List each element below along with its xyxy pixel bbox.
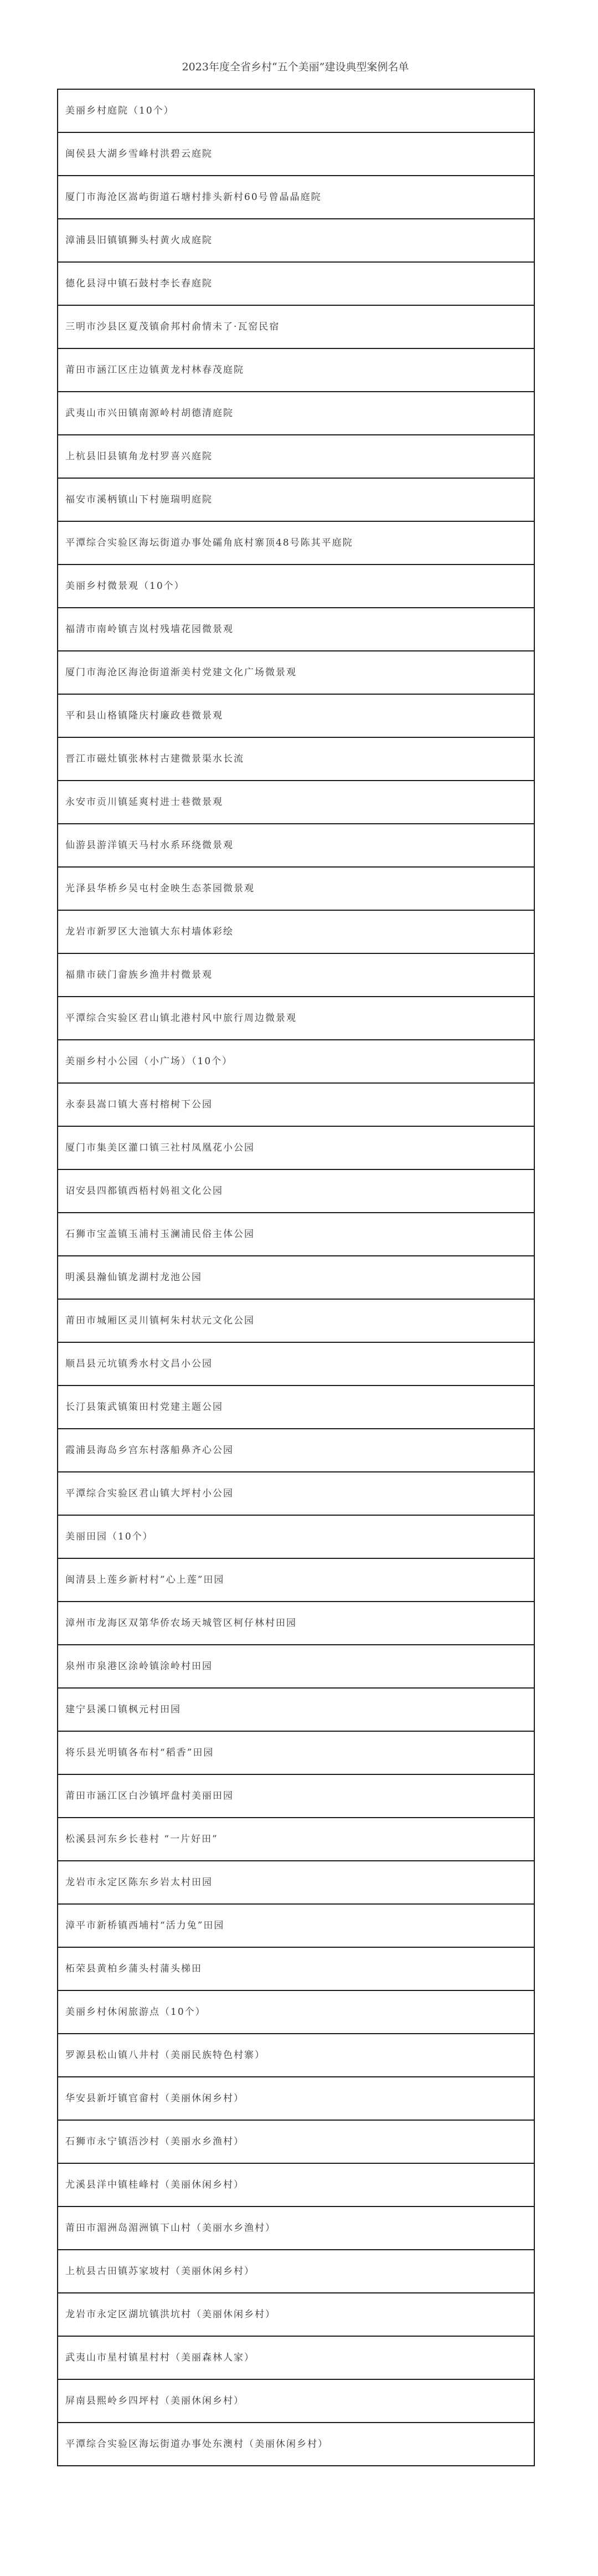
table-row: 莆田市湄洲岛湄洲镇下山村（美丽水乡渔村） [58,2206,534,2250]
case-item: 顺昌县元坑镇秀水村文昌小公园 [58,1342,534,1386]
case-item: 福安市溪柄镇山下村施瑞明庭院 [58,478,534,521]
table-row: 厦门市集美区灌口镇三社村凤凰花小公园 [58,1126,534,1169]
case-item: 尤溪县洋中镇桂峰村（美丽休闲乡村） [58,2163,534,2206]
case-item: 莆田市湄洲岛湄洲镇下山村（美丽水乡渔村） [58,2206,534,2250]
table-row: 厦门市海沧区嵩屿街道石塘村排头新村60号曾晶晶庭院 [58,176,534,219]
case-item: 泉州市泉港区涂岭镇涂岭村田园 [58,1645,534,1688]
case-item: 漳浦县旧镇镇狮头村黄火成庭院 [58,219,534,262]
table-row: 漳平市新桥镇西埔村“活力兔”田园 [58,1904,534,1947]
table-row: 霞浦县海岛乡宫东村落船鼻齐心公园 [58,1429,534,1472]
table-row: 平潭综合实验区君山镇北港村风中旅行周边微景观 [58,997,534,1040]
table-row: 三明市沙县区夏茂镇俞邦村俞情未了·瓦窑民宿 [58,305,534,348]
table-row: 武夷山市星村镇星村村（美丽森林人家） [58,2336,534,2379]
case-item: 平潭综合实验区君山镇北港村风中旅行周边微景观 [58,997,534,1040]
table-row: 松溪县河东乡长巷村 “一片好田” [58,1818,534,1861]
table-row: 石狮市永宁镇浯沙村（美丽水乡渔村） [58,2120,534,2163]
table-row: 平潭综合实验区君山镇大坪村小公园 [58,1472,534,1515]
table-row: 晋江市磁灶镇张林村古建微景渠水长流 [58,737,534,781]
case-item: 漳平市新桥镇西埔村“活力兔”田园 [58,1904,534,1947]
case-item: 仙游县游洋镇天马村水系环绕微景观 [58,824,534,867]
case-item: 福清市南岭镇吉岚村残墙花园微景观 [58,608,534,651]
table-row: 福安市溪柄镇山下村施瑞明庭院 [58,478,534,521]
table-row: 光泽县华桥乡吴屯村金映生态茶园微景观 [58,867,534,910]
table-row: 诏安县四都镇西梧村妈祖文化公园 [58,1169,534,1213]
case-item: 平潭综合实验区君山镇大坪村小公园 [58,1472,534,1515]
table-row: 永泰县嵩口镇大喜村榕树下公园 [58,1083,534,1126]
table-row: 永安市贡川镇延爽村进士巷微景观 [58,781,534,824]
case-item: 罗源县松山镇八井村（美丽民族特色村寨） [58,2034,534,2077]
section-heading: 美丽乡村小公园（小广场）（10个） [58,1040,534,1083]
case-item: 明溪县瀚仙镇龙湖村龙池公园 [58,1256,534,1299]
table-row: 上杭县古田镇苏家坡村（美丽休闲乡村） [58,2250,534,2293]
table-row: 华安县新圩镇官畲村（美丽休闲乡村） [58,2077,534,2120]
case-item: 石狮市永宁镇浯沙村（美丽水乡渔村） [58,2120,534,2163]
case-item: 永安市贡川镇延爽村进士巷微景观 [58,781,534,824]
case-item: 三明市沙县区夏茂镇俞邦村俞情未了·瓦窑民宿 [58,305,534,348]
table-row: 德化县浔中镇石鼓村李长春庭院 [58,262,534,305]
case-item: 平潭综合实验区海坛街道办事处礵角底村寨顶48号陈其平庭院 [58,521,534,565]
table-row: 罗源县松山镇八井村（美丽民族特色村寨） [58,2034,534,2077]
case-item: 平和县山格镇隆庆村廉政巷微景观 [58,694,534,737]
case-item: 平潭综合实验区海坛街道办事处东澳村（美丽休闲乡村） [58,2423,534,2466]
case-item: 厦门市集美区灌口镇三社村凤凰花小公园 [58,1126,534,1169]
table-row: 石狮市宝盖镇玉浦村玉澜浦民俗主体公园 [58,1213,534,1256]
case-item: 武夷山市兴田镇南源岭村胡德清庭院 [58,392,534,435]
table-row: 武夷山市兴田镇南源岭村胡德清庭院 [58,392,534,435]
section-heading-row: 美丽乡村庭院（10个） [58,89,534,132]
table-row: 闽侯县大湖乡雪峰村洪碧云庭院 [58,132,534,176]
table-row: 屏南县熙岭乡四坪村（美丽休闲乡村） [58,2379,534,2423]
case-item: 诏安县四都镇西梧村妈祖文化公园 [58,1169,534,1213]
case-item: 莆田市城厢区灵川镇柯朱村状元文化公园 [58,1299,534,1342]
table-row: 平潭综合实验区海坛街道办事处东澳村（美丽休闲乡村） [58,2423,534,2466]
table-row: 龙岩市永定区陈东乡岩太村田园 [58,1861,534,1904]
case-item: 柘荣县黄柏乡蒲头村蒲头梯田 [58,1947,534,1990]
case-item: 永泰县嵩口镇大喜村榕树下公园 [58,1083,534,1126]
table-row: 福鼎市硖门畲族乡渔井村微景观 [58,953,534,997]
section-heading: 美丽乡村庭院（10个） [58,89,534,132]
table-row: 顺昌县元坑镇秀水村文昌小公园 [58,1342,534,1386]
table-row: 长汀县策武镇策田村党建主题公园 [58,1386,534,1429]
table-row: 上杭县旧县镇角龙村罗喜兴庭院 [58,435,534,478]
case-item: 龙岩市新罗区大池镇大东村墙体彩绘 [58,910,534,953]
case-item: 石狮市宝盖镇玉浦村玉澜浦民俗主体公园 [58,1213,534,1256]
section-heading-row: 美丽乡村休闲旅游点（10个） [58,1990,534,2034]
section-heading: 美丽乡村微景观（10个） [58,565,534,608]
case-item: 莆田市涵江区白沙镇坪盘村美丽田园 [58,1774,534,1818]
section-heading-row: 美丽乡村微景观（10个） [58,565,534,608]
table-row: 龙岩市永定区湖坑镇洪坑村（美丽休闲乡村） [58,2293,534,2336]
table-row: 建宁县溪口镇枫元村田园 [58,1688,534,1731]
table-row: 仙游县游洋镇天马村水系环绕微景观 [58,824,534,867]
case-item: 长汀县策武镇策田村党建主题公园 [58,1386,534,1429]
case-item: 松溪县河东乡长巷村 “一片好田” [58,1818,534,1861]
table-row: 漳州市龙海区双第华侨农场天城管区柯仔林村田园 [58,1602,534,1645]
case-item: 上杭县古田镇苏家坡村（美丽休闲乡村） [58,2250,534,2293]
case-item: 屏南县熙岭乡四坪村（美丽休闲乡村） [58,2379,534,2423]
section-heading-row: 美丽田园（10个） [58,1515,534,1558]
table-row: 平和县山格镇隆庆村廉政巷微景观 [58,694,534,737]
case-item: 莆田市涵江区庄边镇黄龙村林春茂庭院 [58,348,534,392]
case-item: 武夷山市星村镇星村村（美丽森林人家） [58,2336,534,2379]
case-item: 光泽县华桥乡吴屯村金映生态茶园微景观 [58,867,534,910]
case-item: 霞浦县海岛乡宫东村落船鼻齐心公园 [58,1429,534,1472]
table-row: 莆田市城厢区灵川镇柯朱村状元文化公园 [58,1299,534,1342]
table-row: 漳浦县旧镇镇狮头村黄火成庭院 [58,219,534,262]
case-item: 华安县新圩镇官畲村（美丽休闲乡村） [58,2077,534,2120]
table-row: 莆田市涵江区白沙镇坪盘村美丽田园 [58,1774,534,1818]
case-item: 闽清县上莲乡新村村”心上莲”田园 [58,1558,534,1602]
table-row: 将乐县光明镇各布村“稻香”田园 [58,1731,534,1774]
table-row: 尤溪县洋中镇桂峰村（美丽休闲乡村） [58,2163,534,2206]
case-item: 晋江市磁灶镇张林村古建微景渠水长流 [58,737,534,781]
section-heading: 美丽乡村休闲旅游点（10个） [58,1990,534,2034]
case-item: 漳州市龙海区双第华侨农场天城管区柯仔林村田园 [58,1602,534,1645]
table-row: 闽清县上莲乡新村村”心上莲”田园 [58,1558,534,1602]
case-list-table: 美丽乡村庭院（10个） 闽侯县大湖乡雪峰村洪碧云庭院 厦门市海沧区嵩屿街道石塘村… [57,89,535,2466]
table-row: 泉州市泉港区涂岭镇涂岭村田园 [58,1645,534,1688]
section-heading: 美丽田园（10个） [58,1515,534,1558]
table-row: 厦门市海沧区海沧街道渐美村党建文化广场微景观 [58,651,534,694]
section-heading-row: 美丽乡村小公园（小广场）（10个） [58,1040,534,1083]
case-item: 龙岩市永定区陈东乡岩太村田园 [58,1861,534,1904]
case-item: 将乐县光明镇各布村“稻香”田园 [58,1731,534,1774]
table-row: 平潭综合实验区海坛街道办事处礵角底村寨顶48号陈其平庭院 [58,521,534,565]
case-item: 建宁县溪口镇枫元村田园 [58,1688,534,1731]
table-row: 龙岩市新罗区大池镇大东村墙体彩绘 [58,910,534,953]
table-row: 莆田市涵江区庄边镇黄龙村林春茂庭院 [58,348,534,392]
table-row: 福清市南岭镇吉岚村残墙花园微景观 [58,608,534,651]
document-title: 2023年度全省乡村“五个美丽”建设典型案例名单 [0,60,591,74]
case-item: 龙岩市永定区湖坑镇洪坑村（美丽休闲乡村） [58,2293,534,2336]
case-item: 上杭县旧县镇角龙村罗喜兴庭院 [58,435,534,478]
case-item: 福鼎市硖门畲族乡渔井村微景观 [58,953,534,997]
case-item: 德化县浔中镇石鼓村李长春庭院 [58,262,534,305]
table-row: 柘荣县黄柏乡蒲头村蒲头梯田 [58,1947,534,1990]
table-row: 明溪县瀚仙镇龙湖村龙池公园 [58,1256,534,1299]
case-item: 厦门市海沧区嵩屿街道石塘村排头新村60号曾晶晶庭院 [58,176,534,219]
case-item: 闽侯县大湖乡雪峰村洪碧云庭院 [58,132,534,176]
case-item: 厦门市海沧区海沧街道渐美村党建文化广场微景观 [58,651,534,694]
